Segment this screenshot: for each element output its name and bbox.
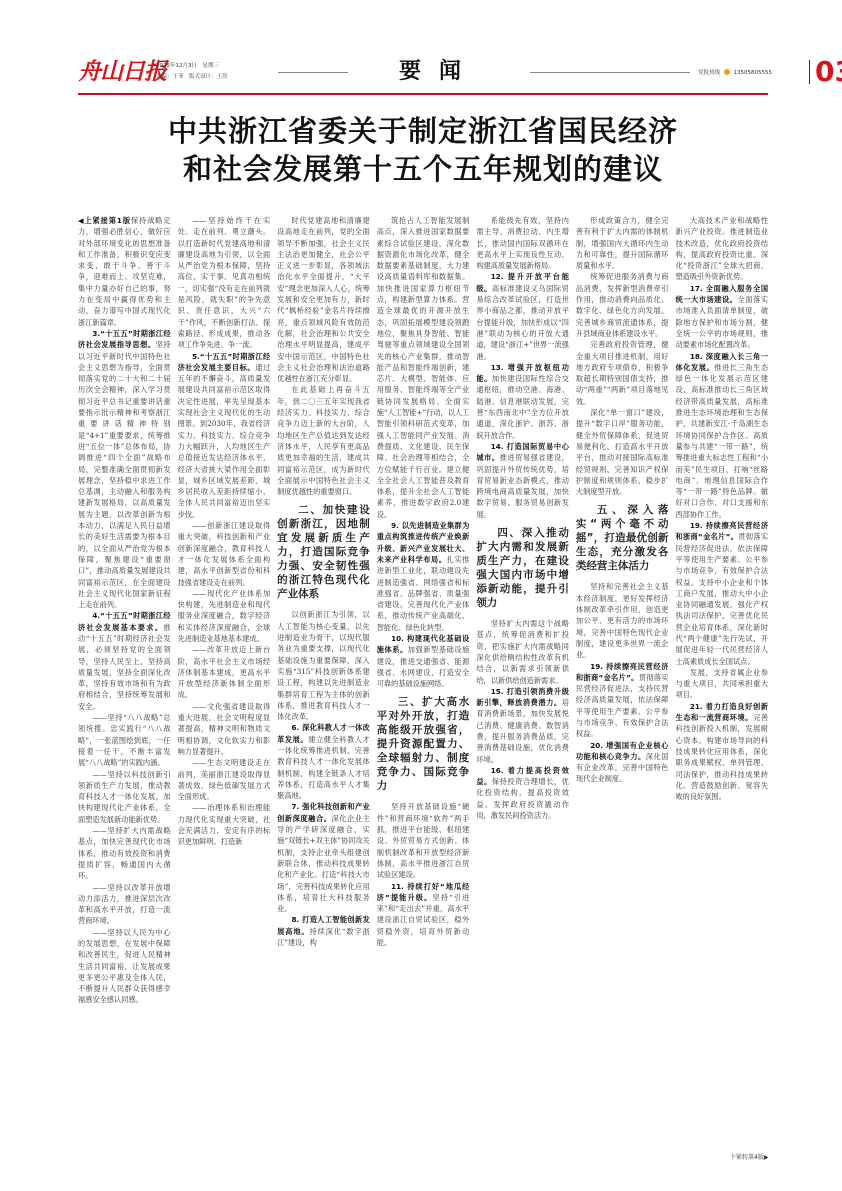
paragraph: ——坚持始终干在实处、走在前列、勇立潮头。以打造新时代党建高地和清廉建设高地为引…: [178, 215, 271, 351]
paragraph: 19. 持续擦亮民营经济和浙商“金名片”。贯彻落实民营经济促进法，依法保障平等使…: [675, 520, 768, 667]
paragraph-text: ——坚持扩大内需战略基点，加快完善现代化市场体系，推动有效投资和消费提质扩容，畅…: [78, 826, 171, 880]
text-column: 系能级先有效，坚持内需主导、消费拉动、内生增长，推动国内国际双循环在更高水平上实…: [476, 215, 569, 1150]
section-name: 要闻: [340, 56, 520, 86]
paragraph: 19. 持续擦亮民营经济和浙商“金名片”。贯彻落实民营经济促进法，支持民营经济高…: [576, 661, 669, 740]
paragraph-text: ——坚持始终干在实处、走在前列、勇立潮头。以打造新时代党建高地和清廉建设高地为引…: [178, 216, 271, 349]
hotline-number: 13505805555: [734, 70, 773, 76]
header-rule-left: [278, 72, 348, 73]
headline-line-1: 中共浙江省委关于制定浙江省国民经济: [78, 112, 768, 150]
paragraph-text: 建立健全科教人才一体化统筹推进机制，完善教育科技人才一体化发展体制机制，构建全链…: [277, 735, 370, 800]
paragraph-text: 扎实推进新型工业化，联动建设先进制造强省、网络强省和标准强省、品牌强省、质量强省…: [377, 555, 470, 632]
text-column: 大高技术产业和战略性新兴产业投资。推进制造业技术改造，优化政府投资结构，提高政府…: [675, 215, 768, 1150]
paragraph: 以创新浙江为引领，以人工智能为核心变量，以先进制造业为骨干，以现代服务业为重要支…: [277, 609, 370, 722]
page-number-divider: [809, 60, 810, 84]
paragraph-lead: 4.“十五五”时期浙江经济社会发展基本要求。: [78, 611, 171, 631]
paragraph-lead: ◀上紧接第1版: [78, 216, 131, 225]
paragraph-text: 坚持扩大内需这个战略基点，统筹促消费和扩投资，把实施扩大内需战略同深化供给侧结构…: [476, 619, 569, 684]
paragraph-text: 推动“十五五”时期经济社会发展，必须坚持党的全面领导，坚持人民至上，坚持高质量发…: [78, 623, 171, 711]
paragraph: ——坚持以人民为中心的发展思想，在发展中保障和改善民生，促进人民精神生活共同富裕…: [78, 927, 171, 1006]
paragraph: ——治理体系和治理能力现代化实现重大突破，社会充满活力、安定有序的标识更加鲜明。…: [178, 802, 271, 847]
paragraph: 系能级先有效，坚持内需主导、消费拉动、内生增长，推动国内国际双循环在更高水平上实…: [476, 215, 569, 271]
paragraph-text: ——坚持以科技创新引领新质生产力发展，推动教育科技人才一体化发展，加快构建现代化…: [78, 770, 171, 824]
paragraph-text: ——治理体系和治理能力现代化实现重大突破，社会充满活力、安定有序的标识更加鲜明。…: [178, 803, 271, 846]
paragraph-text: 完善科技创新投入机制，发展耐心资本。构建市场导向的科技成果转化应用体系，深化职务…: [675, 713, 768, 801]
text-column: 时代党建高地和清廉建设高地走在前列，党的全面领导不断加强，社会主义民主法治更加健…: [277, 215, 370, 1150]
paragraph: 18. 深度融入长三角一体化发展。推进长三角生态绿色一体化发展示范区建设，高标准…: [675, 351, 768, 520]
paragraph-text: 高标准建设义乌国际贸易综合改革试验区，打造世界小商品之都，推动开放平台提能升级，…: [476, 284, 569, 361]
paragraph: 坚持开放基础设施“硬件”和营商环境“软件”两手抓，推进平台能级、枢纽建设、外贸贸…: [377, 801, 470, 880]
text-column: ◀上紧接第1版保持战略定力，增强必胜信心，做好应对外部环境变化的思想准备和工作准…: [78, 215, 171, 1150]
paragraph-text: 保持战略定力，增强必胜信心，做好应对外部环境变化的思想准备和工作准备，积极识变应…: [78, 216, 171, 327]
paragraph-text: 推进长三角生态绿色一体化发展示范区建设，高标准推动长三角区域经济带高质量发展，高…: [675, 363, 768, 519]
paragraph: 21. 着力打造良好创新生态和一流营商环境。完善科技创新投入机制，发展耐心资本。…: [675, 701, 768, 803]
paragraph-text: ——改革开放迈上新台阶，高水平社会主义市场经济体制基本建成，更高水平开放型经济新…: [178, 645, 271, 699]
paragraph: ——创新浙江建设取得重大突破，科技创新和产业创新深度融合，教育科技人才一体化发展…: [178, 520, 271, 588]
phone-icon: [724, 69, 730, 75]
section-heading: 二、加快建设创新浙江，因地制宜发展新质生产力，打造国际竞争力强、安全韧性强的浙江…: [277, 503, 370, 601]
paragraph-text: 加快建设国际性综合交通枢纽，推动空港、海港、陆港、信息港联动发展，完善“东西南北…: [476, 374, 569, 439]
paragraph: 8. 打造人工智能创新发展高地。持续深化“数字浙江”建设，构: [277, 914, 370, 948]
section-heading: 四、深入推动扩大内需和发展新质生产力，在建设强大国内市场中增添新动能，提升引领力: [476, 526, 569, 610]
paragraph: 4.“十五五”时期浙江经济社会发展基本要求。推动“十五五”时期经济社会发展，必须…: [78, 610, 171, 712]
paragraph-text: 在此基础上再奋斗五年，到二〇三五年实现我省经济实力、科技实力、综合竞争力迈上新的…: [277, 385, 370, 496]
paragraph: ——坚持以改革开放增动力添活力，推进深层次改革和高水平开放，打造一流营商环境。: [78, 882, 171, 927]
paragraph-text: 完善政府投资管理，健全重大项目推进机制，用好地方政府专项债券，积极争取超长期特别…: [576, 340, 669, 405]
paragraph-text: 大高技术产业和战略性新兴产业投资。推进制造业技术改造，优化政府投资结构，提高政府…: [675, 216, 768, 281]
paragraph-text: 以创新浙江为引领，以人工智能为核心变量，以先进制造业为骨干，以现代服务业为重要支…: [277, 610, 370, 721]
continued-notice: 下紧转第4版▶: [730, 1152, 768, 1161]
paragraph: 10. 构建现代化基础设施体系。加强新型基础设施建设，推进交通强省、能源强省、水…: [377, 633, 470, 689]
paragraph-text: 统筹促进服务消费与商品消费，发挥新型消费牵引作用，推动消费向品质化、数字化、绿色…: [576, 272, 669, 337]
text-column: 筑抢占人工智能发展制高点，深入推进国家数据要素综合试验区建设，深化数据资源化市场…: [377, 215, 470, 1150]
paragraph: 11. 持续打好“地瓜经济”提能升级。坚持“引进来”和“走出去”并重，高水平建设…: [377, 881, 470, 949]
issue-meta: 2025年12月3日 星期三 责编：王菲 版式设计：王茨: [156, 61, 228, 83]
paragraph-text: 形成政策合力，健全完善有利于扩大内需的体制机制，增强国内大循环内生动力和可靠性，…: [576, 216, 669, 270]
paragraph-lead: 15. 打造引领消费升级新引擎，释放消费潜力。: [476, 687, 569, 707]
paragraph: 深化“单一窗口”建设，提升“数字口岸”服务功能，健全外贸保障体系，促进贸易便利化…: [576, 407, 669, 497]
paragraph: ——坚持以科技创新引领新质生产力发展，推动教育科技人才一体化发展，加快构建现代化…: [78, 769, 171, 825]
masthead: 舟山日报 2025年12月3日 星期三 责编：王菲 版式设计：王茨 要闻 党报热…: [78, 58, 768, 86]
paragraph-text: ——生态文明建设走在前列，美丽浙江建设取得显著成效，绿色低碳发展方式全面形成。: [178, 758, 271, 801]
paragraph: ◀上紧接第1版保持战略定力，增强必胜信心，做好应对外部环境变化的思想准备和工作准…: [78, 215, 171, 328]
paragraph-text: ——文化强省建设取得重大进展，社会文明程度显著提高，精神文明和物质文明相协调，文…: [178, 702, 271, 756]
paragraph: 16. 着力提高投资效益。保持投资合理增长，优化投资结构，提高投资效益，发挥政府…: [476, 765, 569, 821]
paragraph: 坚持和完善社会主义基本经济制度，更好发挥经济体制改革牵引作用，创造更加公平、更有…: [576, 581, 669, 660]
paragraph-text: 培育消费新场景，加快发展悦己消费、健康消费、数智消费，提升服务消费品质，完善消费…: [476, 698, 569, 763]
editor-credits: 责编：王菲 版式设计：王茨: [156, 72, 228, 83]
paragraph: 7. 强化科技创新和产业创新深度融合。深化企业主导的产学研深度融合，实施“双链长…: [277, 801, 370, 914]
section-banner: 要闻: [340, 56, 520, 86]
paragraph-text: 推进贸易强省建设，巩固提升外贸传统优势，培育贸易新业态新模式，推动跨境电商高质量…: [476, 453, 569, 518]
paragraph: 15. 打造引领消费升级新引擎，释放消费潜力。培育消费新场景，加快发展悦己消费、…: [476, 686, 569, 765]
paragraph-text: 发展，支持省属企业参与重大项目，共同承担重大项目。: [675, 668, 768, 700]
article-body: ◀上紧接第1版保持战略定力，增强必胜信心，做好应对外部环境变化的思想准备和工作准…: [78, 215, 768, 1150]
paragraph-text: ——创新浙江建设取得重大突破，科技创新和产业创新深度融合，教育科技人才一体化发展…: [178, 521, 271, 586]
paragraph: ——坚持“八八战略”总领统揽。忠实践行“八八战略”，一张蓝图绘到底，一任接着一任…: [78, 712, 171, 768]
paragraph-text: 坚持以习近平新时代中国特色社会主义思想为指导，全面贯彻落实党的二十大和二十届历次…: [78, 340, 171, 609]
paragraph: ——改革开放迈上新台阶，高水平社会主义市场经济体制基本建成，更高水平开放型经济新…: [178, 644, 271, 700]
paragraph: 坚持扩大内需这个战略基点，统筹促消费和扩投资，把实施扩大内需战略同深化供给侧结构…: [476, 618, 569, 686]
paragraph: 5.“十五五”时期浙江经济社会发展主要目标。通过五年的不懈奋斗，高质量发展建设共…: [178, 351, 271, 520]
paragraph: 时代党建高地和清廉建设高地走在前列，党的全面领导不断加强，社会主义民主法治更加健…: [277, 215, 370, 384]
section-heading: 三、扩大高水平对外开放，打造高能级开放强省，提升资源配置力、全球辐射力、制度竞争…: [377, 695, 470, 793]
paragraph-text: ——现代化产业体系加快构建，先进制造业和现代服务业深度融合，数字经济和实体经济深…: [178, 589, 271, 643]
page-number: 03: [815, 56, 842, 88]
paragraph-text: 系能级先有效，坚持内需主导、消费拉动、内生增长，推动国内国际双循环在更高水平上实…: [476, 216, 569, 270]
paragraph: 6. 深化科教人才一体改革发展。建立健全科教人才一体化统筹推进机制，完善教育科技…: [277, 722, 370, 801]
paragraph-text: 时代党建高地和清廉建设高地走在前列，党的全面领导不断加强，社会主义民主法治更加健…: [277, 216, 370, 383]
paragraph: 发展，支持省属企业参与重大项目，共同承担重大项目。: [675, 667, 768, 701]
paragraph-text: 贯彻落实民营经济促进法，依法保障平等使用生产要素、公平参与市场竞争，有效保护合法…: [675, 532, 768, 665]
paragraph-text: ——坚持“八八战略”总领统揽。忠实践行“八八战略”，一张蓝图绘到底，一任接着一任…: [78, 713, 171, 767]
paragraph: ——现代化产业体系加快构建，先进制造业和现代服务业深度融合，数字经济和实体经济深…: [178, 588, 271, 644]
paragraph: ——生态文明建设走在前列，美丽浙江建设取得显著成效，绿色低碳发展方式全面形成。: [178, 757, 271, 802]
paragraph-text: 贯彻落实民营经济促进法，支持民营经济高质量发展，依法保障平等使用生产要素、公平参…: [576, 673, 669, 738]
article-headline: 中共浙江省委关于制定浙江省国民经济 和社会发展第十五个五年规划的建议: [78, 112, 768, 188]
text-column: ——坚持始终干在实处、走在前列、勇立潮头。以打造新时代党建高地和清廉建设高地为引…: [178, 215, 271, 1150]
header-rule-right: [530, 72, 690, 73]
paragraph: 3.“十五五”时期浙江经济社会发展指导思想。坚持以习近平新时代中国特色社会主义思…: [78, 328, 171, 610]
paragraph-text: 筑抢占人工智能发展制高点，深入推进国家数据要素综合试验区建设，深化数据资源化市场…: [377, 216, 470, 519]
text-column: 形成政策合力，健全完善有利于扩大内需的体制机制，增强国内大循环内生动力和可靠性，…: [576, 215, 669, 1150]
paragraph-text: 坚持开放基础设施“硬件”和营商环境“软件”两手抓，推进平台能级、枢纽建设、外贸贸…: [377, 802, 470, 879]
section-heading: 五、深入落实“两个毫不动摇”，打造最优创新生态，充分激发各类经营主体活力: [576, 503, 669, 573]
paragraph: ——坚持扩大内需战略基点，加快完善现代化市场体系，推动有效投资和消费提质扩容，畅…: [78, 825, 171, 881]
paragraph-text: ——坚持以改革开放增动力添活力，推进深层次改革和高水平开放，打造一流营商环境。: [78, 883, 171, 926]
newspaper-logo: 舟山日报: [78, 58, 166, 86]
paragraph: 大高技术产业和战略性新兴产业投资。推进制造业技术改造，优化政府投资结构，提高政府…: [675, 215, 768, 283]
paragraph: 20. 增强国有企业核心功能和核心竞争力。深化国有企业改革，完善中国特色现代企业…: [576, 740, 669, 785]
paragraph: 在此基础上再奋斗五年，到二〇三五年实现我省经济实力、科技实力、综合竞争力迈上新的…: [277, 384, 370, 497]
paragraph: 形成政策合力，健全完善有利于扩大内需的体制机制，增强国内大循环内生动力和可靠性，…: [576, 215, 669, 271]
paragraph: 完善政府投资管理，健全重大项目推进机制，用好地方政府专项债券，积极争取超长期特别…: [576, 339, 669, 407]
paragraph-text: 深化企业主导的产学研深度融合，实施“双链长+双主体”协同攻关机制，支持企业牵头组…: [277, 814, 370, 913]
paragraph: 14. 打造国际贸易中心城市。推进贸易强省建设，巩固提升外贸传统优势，培育贸易新…: [476, 441, 569, 520]
paragraph-text: 通过五年的不懈奋斗，高质量发展建设共同富裕示范区取得决定性进展，率先呈现基本实现…: [178, 363, 271, 519]
paragraph-text: ——坚持以人民为中心的发展思想，在发展中保障和改善民生，促进人民精神生活共同富裕…: [78, 928, 171, 1005]
paragraph: 13. 增强开放枢纽功能。加快建设国际性综合交通枢纽，推动空港、海港、陆港、信息…: [476, 362, 569, 441]
hotline: 党报热线 13505805555: [698, 68, 772, 76]
paragraph: 统筹促进服务消费与商品消费，发挥新型消费牵引作用，推动消费向品质化、数字化、绿色…: [576, 271, 669, 339]
paragraph: ——文化强省建设取得重大进展，社会文明程度显著提高，精神文明和物质文明相协调，文…: [178, 701, 271, 757]
paragraph-text: 深化“单一窗口”建设，提升“数字口岸”服务功能，健全外贸保障体系，促进贸易便利化…: [576, 408, 669, 496]
issue-date: 2025年12月3日 星期三: [156, 61, 228, 72]
hotline-label: 党报热线: [698, 70, 720, 76]
headline-line-2: 和社会发展第十五个五年规划的建议: [78, 150, 768, 188]
paragraph: 12. 提升开放平台能级。高标准建设义乌国际贸易综合改革试验区，打造世界小商品之…: [476, 271, 569, 361]
paragraph: 筑抢占人工智能发展制高点，深入推进国家数据要素综合试验区建设，深化数据资源化市场…: [377, 215, 470, 520]
paragraph: 9. 以先进制造业集群为重点构筑推进传统产业焕新升级、新兴产业发展壮大、未来产业…: [377, 520, 470, 633]
paragraph-text: 坚持和完善社会主义基本经济制度，更好发挥经济体制改革牵引作用，创造更加公平、更有…: [576, 582, 669, 659]
header-red-rule: [78, 93, 768, 95]
paragraph: 17. 全面融入服务全国统一大市场建设。全面落实市场准入负面清单制度，破除地方保…: [675, 283, 768, 351]
